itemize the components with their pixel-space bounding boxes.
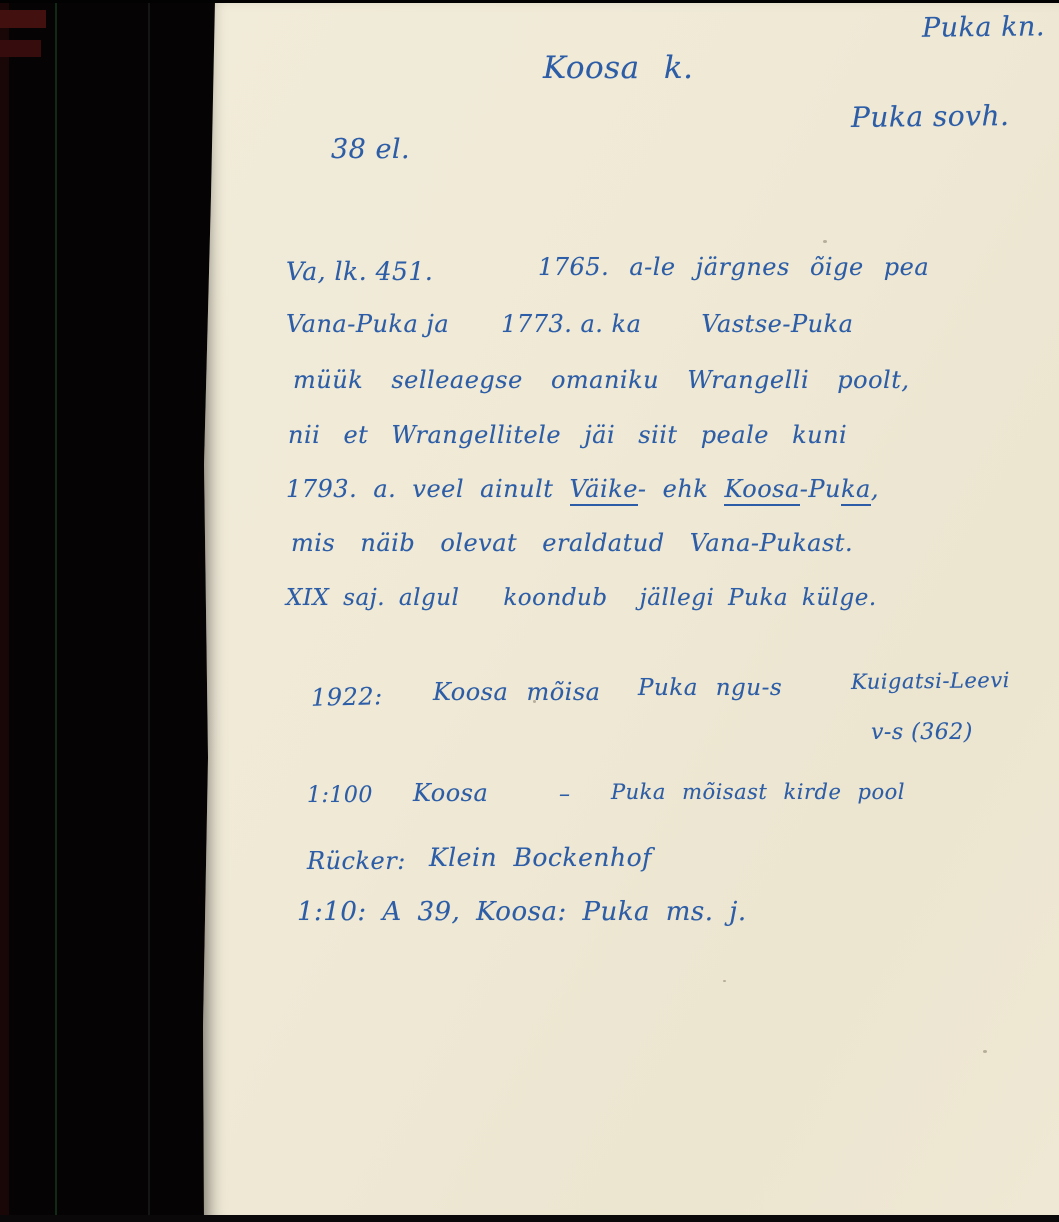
film-edge-tint	[0, 0, 9, 1222]
line7-segment-c: jällegi Puka külge.	[640, 585, 877, 611]
line7-segment-b: koondub	[503, 585, 607, 611]
film-red-mark	[0, 10, 46, 28]
paper-sheet: Puka kn. Koosa k. Puka sovh. 38 el. Va, …	[203, 0, 1059, 1222]
line7-segment-a: XIX saj. algul	[286, 585, 459, 611]
page-title: Koosa k.	[543, 50, 694, 86]
map-scale-1: 1:100	[307, 783, 373, 808]
scan-top-edge	[0, 0, 1059, 3]
underlined-vaike: Väike	[570, 475, 638, 506]
paragraph-line-3: müük selleaegse omaniku Wrangelli poolt,	[293, 366, 909, 394]
map-description: Puka mõisast kirde pool	[611, 780, 905, 804]
line5-text: -Pu	[800, 475, 841, 503]
line5-text: ,	[871, 475, 879, 503]
map-scale-2: 1:10: A 39, Koosa: Puka ms. j.	[297, 897, 747, 927]
sovkhoz-label: Puka sovh.	[851, 99, 1010, 134]
line5-text: 1793. a. veel ainult	[286, 475, 570, 503]
census-estate: Koosa mõisa	[433, 678, 600, 706]
source-reference: Va, lk. 451.	[286, 257, 433, 286]
census-year: 1922:	[311, 682, 383, 711]
film-scratch-line	[148, 0, 150, 1222]
census-vald-number: v-s (362)	[871, 720, 973, 745]
parish-label: Puka kn.	[922, 11, 1045, 43]
film-red-mark	[0, 40, 41, 57]
scan-black-margin	[0, 0, 212, 1222]
paragraph-line-5: 1793. a. veel ainult Väike- ehk Koosa-Pu…	[286, 475, 879, 503]
line2-segment-b: 1773. a. ka	[501, 310, 641, 338]
population-note: 38 el.	[331, 134, 410, 165]
rucker-german-name: Klein Bockenhof	[429, 843, 652, 872]
rucker-label: Rücker:	[307, 847, 406, 875]
census-parish: Kuigatsi-Leevi	[851, 668, 1010, 694]
film-scratch-line	[55, 0, 57, 1222]
line2-segment-a: Vana-Puka ja	[286, 310, 449, 338]
census-location: Puka ngu-s	[638, 675, 782, 701]
paragraph-line-1: 1765. a-le järgnes õige pea	[538, 253, 929, 281]
underlined-ka: ka	[841, 475, 871, 506]
line5-text: - ehk	[638, 475, 725, 503]
paper-speck	[823, 240, 827, 243]
underlined-koosa: Koosa	[724, 475, 799, 506]
paragraph-line-6: mis näib olevat eraldatud Vana-Pukast.	[291, 529, 853, 557]
dash: –	[559, 782, 571, 807]
map-place: Koosa	[413, 779, 488, 807]
paragraph-line-4: nii et Wrangellitele jäi siit peale kuni	[288, 421, 847, 449]
paragraph-line-7: XIX saj. algulkoondubjällegi Puka külge.	[286, 585, 877, 611]
paper-speck	[723, 980, 726, 982]
scan-bottom-edge	[0, 1215, 1059, 1222]
line2-segment-c: Vastse-Puka	[701, 310, 853, 338]
paper-speck	[983, 1050, 987, 1053]
scanned-archive-card: Puka kn. Koosa k. Puka sovh. 38 el. Va, …	[0, 0, 1059, 1222]
paragraph-line-2: Vana-Puka ja1773. a. kaVastse-Puka	[286, 310, 853, 338]
